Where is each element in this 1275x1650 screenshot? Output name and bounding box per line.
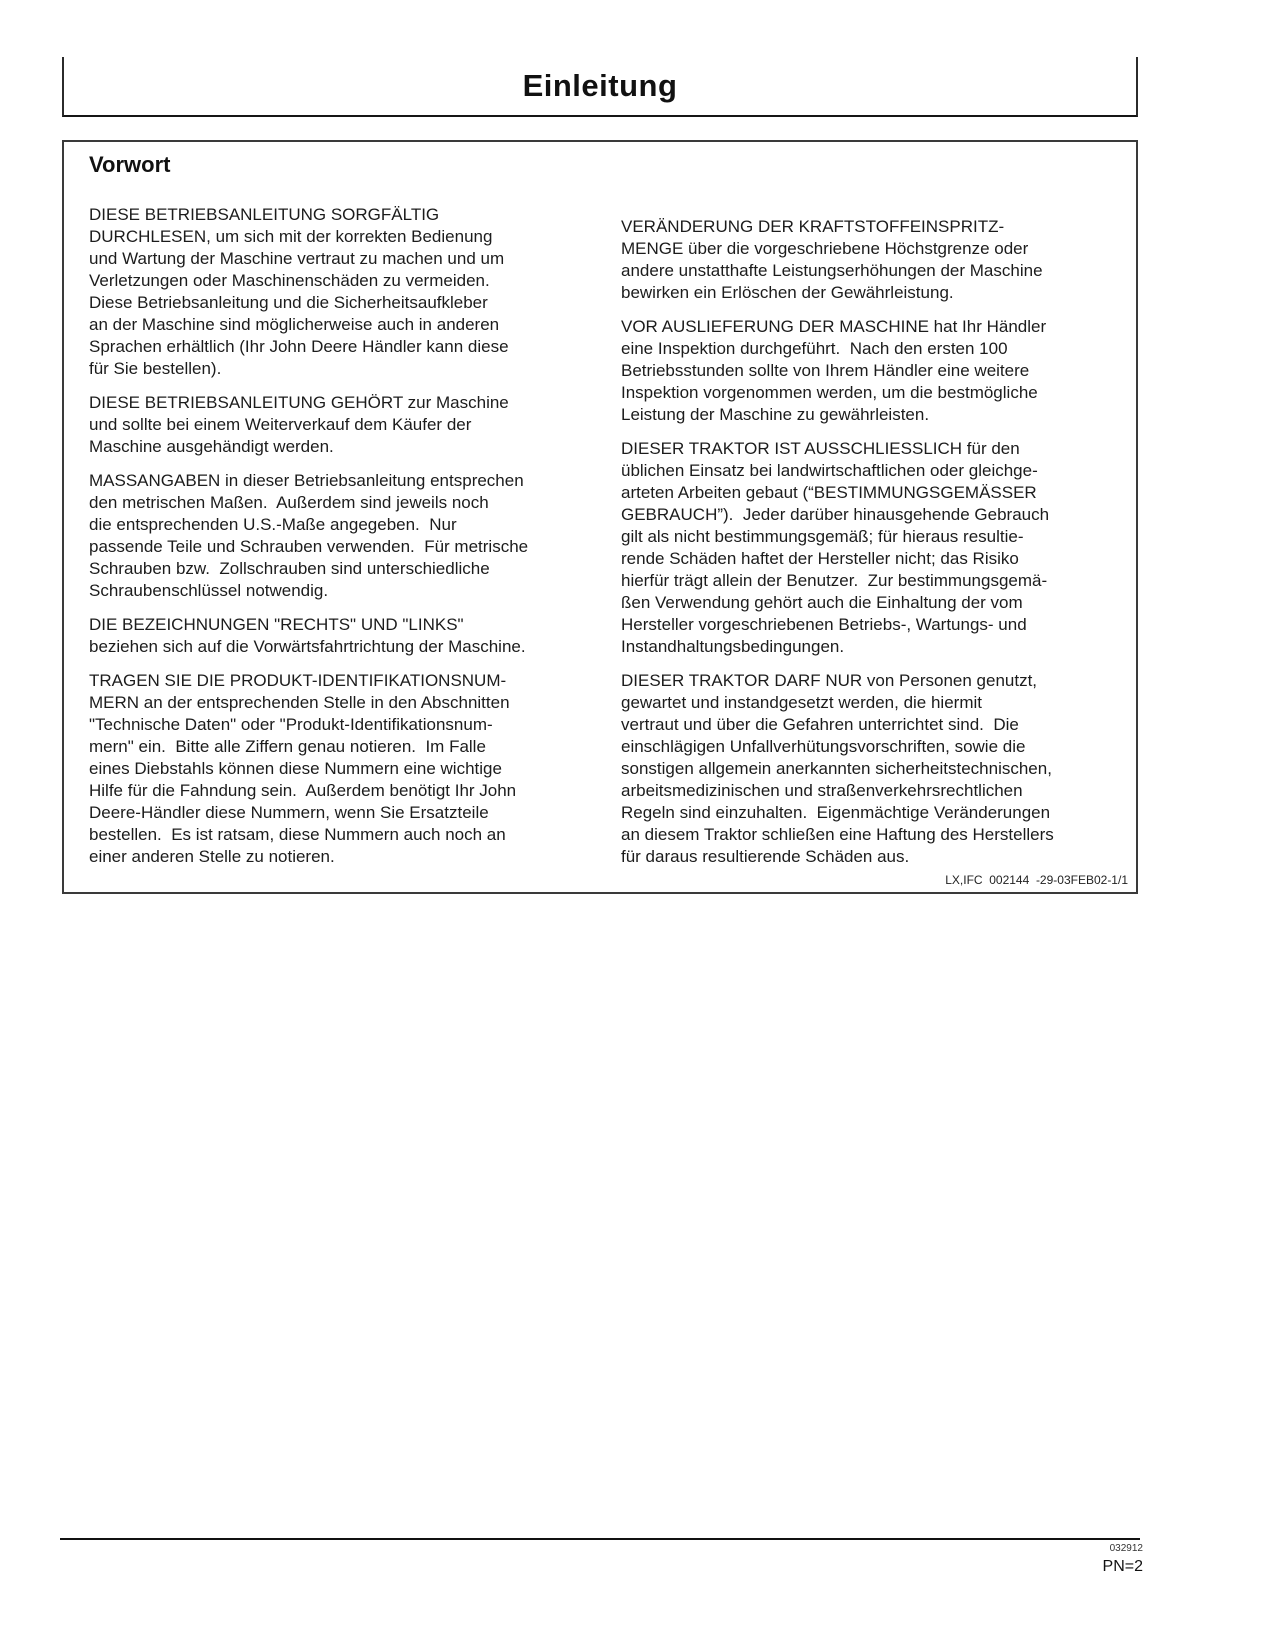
print-code: 032912 [1103, 1543, 1143, 1555]
paragraph: VOR AUSLIEFERUNG DER MASCHINE hat Ihr Hä… [621, 316, 1133, 426]
column-left: DIESE BETRIEBSANLEITUNG SORGFÄLTIG DURCH… [89, 204, 601, 880]
page-number: PN=2 [1103, 1557, 1143, 1577]
paragraph: DIE BEZEICHNUNGEN "RECHTS" UND "LINKS" b… [89, 614, 601, 658]
footer-divider [60, 1538, 1140, 1540]
paragraph: DIESER TRAKTOR DARF NUR von Personen gen… [621, 670, 1133, 868]
paragraph: TRAGEN SIE DIE PRODUKT-IDENTIFIKATIONSNU… [89, 670, 601, 868]
section-heading: Vorwort [89, 152, 1136, 178]
paragraph: DIESER TRAKTOR IST AUSSCHLIESSLICH für d… [621, 438, 1133, 658]
vorwort-section: Vorwort DIESE BETRIEBSANLEITUNG SORGFÄLT… [62, 140, 1138, 894]
title-banner: Einleitung [62, 57, 1138, 117]
paragraph: VERÄNDERUNG DER KRAFTSTOFFEINSPRITZ- MEN… [621, 216, 1133, 304]
paragraph: DIESE BETRIEBSANLEITUNG SORGFÄLTIG DURCH… [89, 204, 601, 380]
reference-code: LX,IFC 002144 -29-03FEB02-1/1 [945, 873, 1128, 887]
page-title: Einleitung [523, 68, 678, 104]
paragraph: MASSANGABEN in dieser Betriebsanleitung … [89, 470, 601, 602]
paragraph: DIESE BETRIEBSANLEITUNG GEHÖRT zur Masch… [89, 392, 601, 458]
manual-page: Einleitung Vorwort DIESE BETRIEBSANLEITU… [0, 0, 1275, 1650]
column-right: VERÄNDERUNG DER KRAFTSTOFFEINSPRITZ- MEN… [621, 216, 1133, 880]
two-column-text: DIESE BETRIEBSANLEITUNG SORGFÄLTIG DURCH… [89, 204, 1136, 880]
footer: 032912 PN=2 [1103, 1543, 1143, 1577]
